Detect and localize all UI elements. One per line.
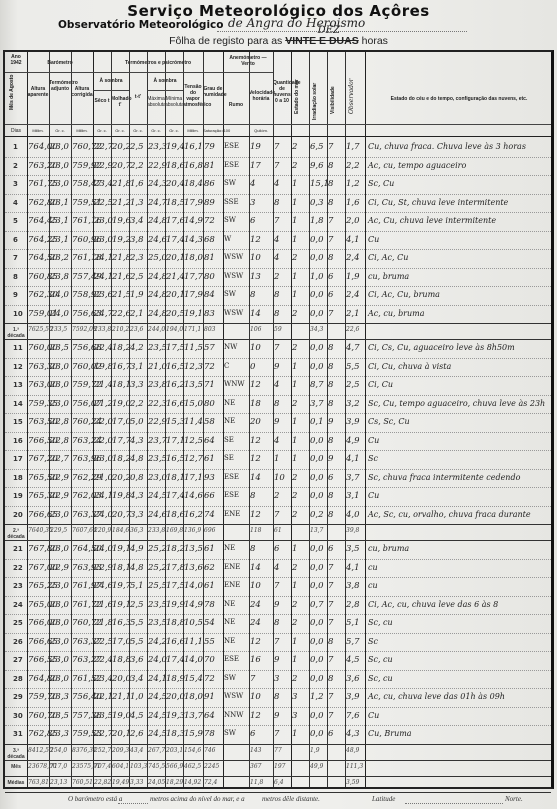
table-cell: 80 bbox=[204, 399, 215, 409]
table-cell: 14,3 bbox=[184, 235, 203, 245]
day-number: 4 bbox=[13, 199, 18, 207]
table-cell: 19,2 bbox=[112, 235, 131, 245]
table-cell: 18,9 bbox=[166, 674, 185, 684]
table-cell: 8 bbox=[274, 399, 279, 409]
table-cell: 210,2 bbox=[112, 326, 129, 333]
table-cell: 111,3 bbox=[346, 763, 363, 770]
table-cell: 3,1 bbox=[130, 362, 144, 372]
table-cell: 17,7 bbox=[112, 436, 131, 446]
table-cell: 24,5 bbox=[148, 491, 167, 501]
table-cell: 2 bbox=[274, 491, 279, 501]
table-cell: 16,3 bbox=[112, 618, 131, 628]
table-cell: 24 bbox=[250, 618, 261, 628]
table-cell: 23,5 bbox=[148, 618, 167, 628]
table-cell: 4 bbox=[274, 179, 279, 189]
row-divider bbox=[5, 339, 551, 340]
table-cell: 22,9 bbox=[50, 473, 69, 483]
table-cell: 8 bbox=[250, 491, 255, 501]
velocidade-header: Velocidade horária bbox=[249, 90, 273, 102]
day-number: 31 bbox=[13, 730, 23, 738]
table-cell: 23,4 bbox=[94, 179, 113, 189]
table-cell: 70 bbox=[204, 655, 215, 665]
table-cell: 22,9 bbox=[50, 491, 69, 501]
evaporacao-header: Irradiação solar bbox=[312, 83, 318, 120]
sky-description: cu bbox=[368, 581, 378, 590]
row-divider bbox=[5, 413, 551, 414]
table-cell: 1 bbox=[292, 380, 297, 390]
table-cell: 21,8 bbox=[112, 253, 131, 263]
table-cell: 8 bbox=[274, 692, 279, 702]
table-cell: 4,5 bbox=[130, 711, 144, 721]
table-cell: 58 bbox=[204, 417, 215, 427]
table-cell: 48,9 bbox=[346, 747, 359, 754]
table-cell: 24,8 bbox=[148, 272, 167, 282]
table-cell: 23,5 bbox=[148, 600, 167, 610]
table-cell: 8 bbox=[328, 436, 333, 446]
table-cell: 4,1 bbox=[346, 454, 360, 464]
unit-label: Millim. bbox=[27, 128, 49, 134]
row-divider bbox=[5, 707, 551, 708]
table-cell: 23,0 bbox=[50, 142, 69, 152]
table-cell: 22,4 bbox=[94, 343, 113, 353]
table-cell: 0,0 bbox=[310, 711, 324, 721]
table-cell: 5,5 bbox=[346, 362, 360, 372]
table-cell: 1,3 bbox=[130, 198, 144, 208]
table-cell: 10 bbox=[250, 692, 261, 702]
day-number: 28 bbox=[13, 675, 23, 683]
table-cell: 2,6 bbox=[130, 729, 144, 739]
table-cell: 57 bbox=[204, 343, 215, 353]
table-cell: 86 bbox=[204, 179, 215, 189]
row-divider bbox=[5, 231, 551, 232]
table-cell: 18,1 bbox=[112, 380, 131, 390]
table-cell: 2,1 bbox=[346, 309, 360, 319]
table-cell: 367 bbox=[250, 763, 261, 770]
table-cell: 763,81 bbox=[28, 779, 49, 786]
table-cell: 8,7 bbox=[310, 380, 324, 390]
table-cell: 6,4 bbox=[274, 779, 284, 786]
table-cell: 803 bbox=[204, 326, 215, 333]
header-bottom-line bbox=[5, 136, 551, 137]
table-cell: 20,1 bbox=[166, 253, 185, 263]
table-cell: 8 bbox=[274, 618, 279, 628]
table-cell: 6 bbox=[328, 473, 333, 483]
row-divider bbox=[5, 323, 551, 324]
barometer-header: Barómetro bbox=[27, 60, 93, 66]
unit-label: Gr. c. bbox=[147, 128, 165, 134]
table-cell: 24,8 bbox=[148, 290, 167, 300]
table-cell: 0,0 bbox=[310, 454, 324, 464]
table-cell: 79 bbox=[204, 142, 215, 152]
table-cell: 2 bbox=[292, 600, 297, 610]
table-cell: 21,4 bbox=[166, 272, 185, 282]
sheet-subtitle: Fôlha de registo para as VINTE E DUAS DE… bbox=[0, 35, 557, 47]
table-cell: 61 bbox=[274, 527, 282, 534]
table-cell: 20,4 bbox=[166, 179, 185, 189]
table-cell: NE bbox=[224, 618, 235, 626]
table-cell: 18,1 bbox=[166, 473, 185, 483]
table-cell: 25,2 bbox=[148, 544, 167, 554]
table-cell: 7 bbox=[328, 309, 333, 319]
row-divider bbox=[5, 249, 551, 250]
table-cell: 72 bbox=[204, 362, 215, 372]
summary-label: 1.ª década bbox=[7, 327, 25, 339]
table-cell: 15,9 bbox=[184, 729, 203, 739]
table-cell: 143 bbox=[250, 747, 261, 754]
table-cell: SW bbox=[224, 290, 236, 298]
day-number: 24 bbox=[13, 601, 23, 609]
table-cell: 10 bbox=[250, 253, 261, 263]
unit-label: Millim. bbox=[71, 128, 93, 134]
table-cell: NNW bbox=[224, 711, 243, 719]
table-cell: 61 bbox=[204, 581, 215, 591]
table-cell: SW bbox=[224, 674, 236, 682]
table-cell: 171,1 bbox=[184, 326, 201, 333]
table-cell: 22,8 bbox=[50, 417, 69, 427]
table-cell: 23,4 bbox=[94, 674, 113, 684]
table-cell: 18,8 bbox=[166, 618, 185, 628]
table-cell: 13,5 bbox=[184, 544, 203, 554]
molhado-header: Molhado t' bbox=[111, 96, 129, 108]
table-cell: 22,9 bbox=[94, 563, 113, 573]
table-cell: 1 bbox=[292, 272, 297, 282]
table-cell: 78 bbox=[204, 600, 215, 610]
table-cell: 17,1 bbox=[184, 473, 203, 483]
table-cell: 3,7 bbox=[346, 473, 360, 483]
table-cell: 10 bbox=[250, 581, 261, 591]
table-cell: 17,9 bbox=[184, 198, 203, 208]
table-cell: 2 bbox=[292, 253, 297, 263]
table-cell: 2245 bbox=[204, 763, 219, 770]
table-cell: 8 bbox=[328, 198, 333, 208]
table-cell: 8 bbox=[328, 362, 333, 372]
day-number: 21 bbox=[13, 545, 23, 553]
day-number: 14 bbox=[13, 400, 23, 408]
footer-barometer-3: metros dêle distante. bbox=[262, 795, 320, 803]
row-divider bbox=[5, 651, 551, 652]
alt-aparente-header: Altura aparente bbox=[27, 86, 49, 98]
table-cell: 5,7 bbox=[346, 637, 360, 647]
sky-description: Cu bbox=[368, 235, 379, 244]
observatory-label: Observatório Meteorológico bbox=[58, 19, 223, 31]
day-number: 13 bbox=[13, 381, 23, 389]
table-cell: 23,0 bbox=[50, 399, 69, 409]
sky-description: Ci, Ac, cu, chuva leve das 6 às 8 bbox=[368, 600, 498, 609]
row-divider bbox=[5, 395, 551, 396]
footer-latitude-suffix: Norte. bbox=[505, 795, 523, 803]
table-cell: 8 bbox=[250, 544, 255, 554]
table-cell: 19,0 bbox=[112, 399, 131, 409]
table-cell: 62 bbox=[204, 563, 215, 573]
summary-label: Médias bbox=[7, 780, 25, 786]
table-cell: 14,6 bbox=[184, 491, 203, 501]
table-cell: 4,0 bbox=[346, 510, 360, 520]
table-cell: 4 bbox=[274, 253, 279, 263]
table-cell: 81 bbox=[204, 161, 215, 171]
table-cell: 2,2 bbox=[130, 161, 144, 171]
sky-description: Cu, chuva fraca. Chuva leve às 3 horas bbox=[368, 142, 526, 151]
a-sombra2-line bbox=[147, 90, 183, 91]
visibilidade-header: Visibilidade bbox=[330, 86, 336, 114]
day-number: 22 bbox=[13, 564, 23, 572]
table-cell: 1,6 bbox=[346, 198, 360, 208]
summary-label: Mês bbox=[7, 764, 25, 770]
table-cell: 18 bbox=[250, 399, 261, 409]
table-cell: 22,9 bbox=[148, 161, 167, 171]
table-cell: 16,2 bbox=[184, 510, 203, 520]
table-cell: 0,2 bbox=[310, 510, 324, 520]
table-cell: 7,6 bbox=[346, 711, 360, 721]
table-cell: 7 bbox=[274, 161, 279, 171]
table-cell: 9 bbox=[274, 417, 279, 427]
table-cell: 9 bbox=[328, 454, 333, 464]
table-cell: 2 bbox=[292, 399, 297, 409]
row-divider bbox=[5, 792, 551, 793]
table-cell: 3,6 bbox=[130, 655, 144, 665]
table-cell: 22,7 bbox=[94, 142, 113, 152]
sky-description: Ci, Ac, Cu bbox=[368, 253, 408, 262]
table-cell: 23,5 bbox=[148, 454, 167, 464]
table-cell: 23,1 bbox=[50, 216, 69, 226]
sky-description: Ci, Cu, chuva à vista bbox=[368, 362, 451, 371]
table-cell: 54 bbox=[204, 618, 215, 628]
table-cell: 8 bbox=[328, 343, 333, 353]
sky-description: Sc, Cu, tempo aguaceiro, chuva leve às 2… bbox=[368, 399, 545, 408]
day-number: 12 bbox=[13, 363, 23, 371]
table-cell: 7 bbox=[274, 216, 279, 226]
table-cell: 14,0 bbox=[184, 581, 203, 591]
table-cell: 18,29 bbox=[166, 779, 183, 786]
table-cell: 3,9 bbox=[346, 692, 360, 702]
table-cell: 16,1 bbox=[184, 142, 203, 152]
table-cell: 17,4 bbox=[166, 491, 185, 501]
table-cell: 18,0 bbox=[184, 253, 203, 263]
table-cell: 12 bbox=[250, 380, 261, 390]
table-cell: 4,7 bbox=[346, 343, 360, 353]
table-cell: 7 bbox=[328, 581, 333, 591]
table-cell: SE bbox=[224, 436, 234, 444]
table-cell: 19,8 bbox=[94, 362, 113, 372]
table-cell: 18,1 bbox=[112, 563, 131, 573]
table-cell: 74 bbox=[204, 510, 215, 520]
table-cell: 3,5 bbox=[346, 544, 360, 554]
table-cell: 24,2 bbox=[148, 637, 167, 647]
table-cell: 0 bbox=[250, 362, 255, 372]
header-group-line bbox=[5, 72, 273, 73]
table-cell: 21,1 bbox=[112, 692, 131, 702]
table-cell: 2,3 bbox=[130, 253, 144, 263]
table-cell: 93 bbox=[204, 473, 215, 483]
sky-description: Sc, cu bbox=[368, 618, 393, 627]
table-cell: 136,9 bbox=[184, 527, 201, 534]
rumo-header: Rumo bbox=[223, 102, 249, 108]
table-cell: 3 bbox=[250, 198, 255, 208]
sky-description: Ac, Cu, chuva leve intermitente bbox=[368, 216, 496, 225]
table-cell: 14 bbox=[250, 473, 261, 483]
table-cell: 0,0 bbox=[310, 343, 324, 353]
table-cell: 24,7 bbox=[94, 309, 113, 319]
table-cell: 203,1 bbox=[166, 747, 183, 754]
table-cell: 4 bbox=[274, 563, 279, 573]
table-cell: 12 bbox=[250, 235, 261, 245]
table-cell: 23,0 bbox=[94, 235, 113, 245]
day-number: 1 bbox=[13, 143, 18, 151]
table-cell: 23,0 bbox=[50, 637, 69, 647]
table-cell: 0,0 bbox=[310, 563, 324, 573]
observador-header: Observador bbox=[348, 78, 355, 114]
table-cell: ESE bbox=[224, 473, 239, 481]
table-cell: 3 bbox=[292, 711, 297, 721]
table-cell: 0,0 bbox=[310, 655, 324, 665]
table-cell: 3 bbox=[292, 692, 297, 702]
table-cell: 7 bbox=[250, 674, 255, 684]
table-cell: 20,7 bbox=[112, 510, 131, 520]
footer-barometer-2: metros acima do nível do mar, e a bbox=[150, 795, 245, 803]
table-cell: 1,0 bbox=[130, 692, 144, 702]
table-cell: 3,59 bbox=[346, 779, 359, 786]
table-cell: 1,6 bbox=[130, 179, 144, 189]
table-cell: 2 bbox=[292, 491, 297, 501]
unit-label: Gr. c. bbox=[93, 128, 111, 134]
table-cell: 24,7 bbox=[148, 198, 167, 208]
table-cell: 2 bbox=[292, 510, 297, 520]
table-cell: 745,5 bbox=[148, 763, 165, 770]
table-cell: 24,5 bbox=[148, 692, 167, 702]
table-cell: 0,0 bbox=[310, 309, 324, 319]
table-cell: 2 bbox=[292, 343, 297, 353]
table-cell: 22,0 bbox=[94, 436, 113, 446]
table-cell: 23,3 bbox=[50, 692, 69, 702]
table-cell: 12 bbox=[250, 637, 261, 647]
table-cell: 6,5 bbox=[310, 142, 324, 152]
sky-description: cu bbox=[368, 563, 378, 572]
table-cell: 68 bbox=[204, 235, 215, 245]
table-cell: 8 bbox=[328, 491, 333, 501]
table-cell: 17,5 bbox=[166, 581, 185, 591]
table-cell: 2 bbox=[292, 309, 297, 319]
table-cell: 2,4 bbox=[346, 253, 360, 263]
table-cell: WNW bbox=[224, 380, 245, 388]
table-cell: 72 bbox=[204, 674, 215, 684]
table-cell: 462,5 bbox=[184, 763, 201, 770]
table-cell: 5,1 bbox=[346, 618, 360, 628]
table-cell: 12 bbox=[250, 454, 261, 464]
table-cell: 22,5 bbox=[94, 637, 113, 647]
table-cell: ENE bbox=[224, 563, 240, 571]
table-cell: 14 bbox=[250, 309, 261, 319]
table-cell: 14,9 bbox=[184, 216, 203, 226]
table-cell: 8 bbox=[250, 290, 255, 300]
table-cell: 1 bbox=[274, 454, 279, 464]
table-cell: NW bbox=[224, 343, 237, 351]
table-cell: 23,13 bbox=[50, 779, 67, 786]
table-cell: 1 bbox=[292, 417, 297, 427]
table-cell: 1 bbox=[292, 216, 297, 226]
table-cell: NE bbox=[224, 637, 235, 645]
table-cell: 11,4 bbox=[184, 417, 203, 427]
table-cell: 12 bbox=[250, 436, 261, 446]
table-cell: 0,1 bbox=[310, 417, 324, 427]
sky-description: Sc bbox=[368, 637, 378, 646]
unit-label: Gr. c. bbox=[49, 128, 71, 134]
table-cell: 80 bbox=[204, 272, 215, 282]
table-cell: 7 bbox=[274, 729, 279, 739]
table-cell: 0,0 bbox=[310, 581, 324, 591]
table-cell: 4,3 bbox=[130, 491, 144, 501]
table-cell: 72,4 bbox=[204, 779, 217, 786]
table-cell: 717,0 bbox=[50, 763, 67, 770]
table-cell: 2 bbox=[292, 161, 297, 171]
table-cell: 8 bbox=[328, 399, 333, 409]
unit-label: Gr. c. bbox=[129, 128, 147, 134]
table-cell: 17,0 bbox=[112, 417, 131, 427]
table-cell: 12,7 bbox=[184, 454, 203, 464]
table-cell: 15,3 bbox=[166, 417, 185, 427]
sheet-label-prefix: Fôlha de registo para as bbox=[169, 35, 282, 47]
table-cell: 23,0 bbox=[50, 618, 69, 628]
table-cell: 2,5 bbox=[130, 600, 144, 610]
table-cell: 18,3 bbox=[166, 729, 185, 739]
table-cell: 1,9 bbox=[310, 747, 320, 754]
register-sheet: Serviço Meteorológico dos Açôres Observa… bbox=[0, 0, 557, 809]
table-cell: 23,0 bbox=[50, 380, 69, 390]
row-divider bbox=[5, 469, 551, 470]
table-cell: 106 bbox=[250, 326, 261, 333]
table-cell: 21,8 bbox=[94, 618, 113, 628]
table-cell: 7 bbox=[274, 637, 279, 647]
day-number: 16 bbox=[13, 437, 23, 445]
table-cell: 20,1 bbox=[166, 290, 185, 300]
table-cell: 24 bbox=[250, 600, 261, 610]
table-cell: 14,9 bbox=[184, 600, 203, 610]
table-cell: 5,5 bbox=[130, 618, 144, 628]
table-cell: 0,0 bbox=[310, 235, 324, 245]
table-cell: 7 bbox=[328, 618, 333, 628]
table-cell: 19,9 bbox=[166, 600, 185, 610]
day-number: 7 bbox=[13, 254, 18, 262]
table-cell: 18,6 bbox=[166, 161, 185, 171]
table-cell: 23,8 bbox=[148, 380, 167, 390]
table-cell: SW bbox=[224, 729, 236, 737]
table-cell: 233,8 bbox=[148, 527, 165, 534]
table-cell: 2,2 bbox=[346, 161, 360, 171]
table-cell: 254,0 bbox=[50, 747, 67, 754]
table-cell: 4,2 bbox=[130, 343, 144, 353]
sky-description: Sc, cu bbox=[368, 655, 393, 664]
table-cell: 22,1 bbox=[94, 692, 113, 702]
footer-barometer-1: O barómetro está a bbox=[68, 795, 122, 803]
table-cell: 8 bbox=[328, 637, 333, 647]
table-cell: 7 bbox=[274, 343, 279, 353]
table-cell: 24,1 bbox=[94, 491, 113, 501]
table-cell: 24,1 bbox=[148, 674, 167, 684]
table-cell: ESE bbox=[224, 655, 239, 663]
table-cell: NE bbox=[224, 544, 235, 552]
table-cell: 5,0 bbox=[130, 417, 144, 427]
table-cell: 23,0 bbox=[94, 454, 113, 464]
table-cell: 20 bbox=[250, 417, 261, 427]
table-cell: 19,4 bbox=[166, 142, 185, 152]
table-cell: 18,8 bbox=[112, 655, 131, 665]
table-cell: 25,0 bbox=[148, 253, 167, 263]
table-cell: ESE bbox=[224, 142, 239, 150]
table-cell: 19 bbox=[250, 142, 261, 152]
sky-description: Ac, cu, tempo aguaceiro bbox=[368, 161, 466, 170]
table-cell: 14 bbox=[250, 563, 261, 573]
table-cell: 1,9 bbox=[130, 290, 144, 300]
table-cell: 197 bbox=[274, 763, 285, 770]
table-cell: 20,7 bbox=[112, 161, 131, 171]
